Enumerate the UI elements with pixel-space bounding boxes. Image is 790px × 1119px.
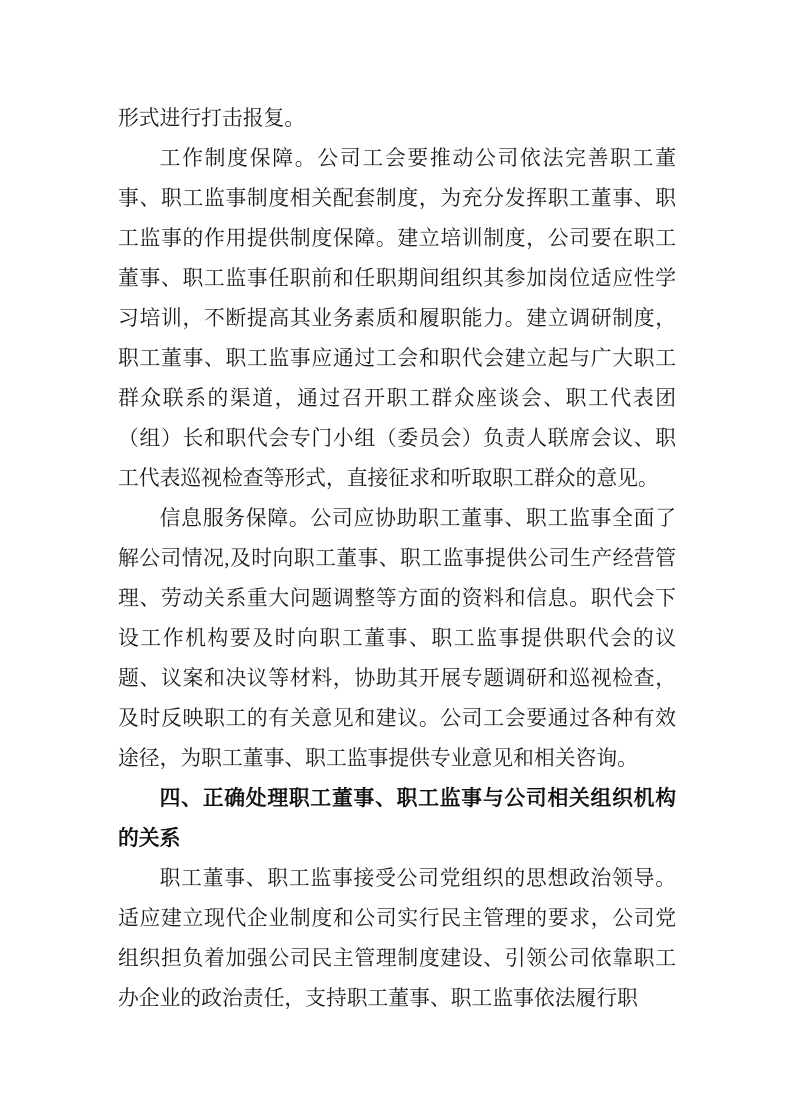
text-line: 事、职工监事制度相关配套制度，为充分发挥职工董事、职 xyxy=(118,179,676,219)
text-line: 工监事的作用提供制度保障。建立培训制度，公司要在职工 xyxy=(118,219,676,259)
text-line: 理、劳动关系重大问题调整等方面的资料和信息。职代会下 xyxy=(118,579,676,619)
text-line: 职工董事、职工监事应通过工会和职代会建立起与广大职工 xyxy=(118,339,676,379)
text-line: 组织担负着加强公司民主管理制度建设、引领公司依靠职工 xyxy=(118,939,676,979)
text-line: 职工董事、职工监事接受公司党组织的思想政治领导。 xyxy=(118,859,676,899)
text-line: 适应建立现代企业制度和公司实行民主管理的要求，公司党 xyxy=(118,899,676,939)
text-line: 途径，为职工董事、职工监事提供专业意见和相关咨询。 xyxy=(118,739,676,779)
text-line: 办企业的政治责任，支持职工董事、职工监事依法履行职责。 xyxy=(118,979,676,1019)
text-line: 设工作机构要及时向职工董事、职工监事提供职代会的议 xyxy=(118,619,676,659)
text-line: 董事、职工监事任职前和任职期间组织其参加岗位适应性学 xyxy=(118,259,676,299)
text-line: 形式进行打击报复。 xyxy=(118,99,676,139)
text-line: 解公司情况,及时向职工董事、职工监事提供公司生产经营管 xyxy=(118,539,676,579)
section-heading: 四、正确处理职工董事、职工监事与公司相关组织机构 的关系 xyxy=(118,779,676,859)
text-line: 及时反映职工的有关意见和建议。公司工会要通过各种有效 xyxy=(118,699,676,739)
paragraph-work-system: 工作制度保障。公司工会要推动公司依法完善职工董 事、职工监事制度相关配套制度，为… xyxy=(118,139,676,499)
text-line: 群众联系的渠道，通过召开职工群众座谈会、职工代表团 xyxy=(118,379,676,419)
paragraph-information-service: 信息服务保障。公司应协助职工董事、职工监事全面了 解公司情况,及时向职工董事、职… xyxy=(118,499,676,779)
paragraph-party-leadership: 职工董事、职工监事接受公司党组织的思想政治领导。 适应建立现代企业制度和公司实行… xyxy=(118,859,676,1019)
text-line: 工作制度保障。公司工会要推动公司依法完善职工董 xyxy=(118,139,676,179)
heading-line: 四、正确处理职工董事、职工监事与公司相关组织机构 xyxy=(118,779,676,819)
text-line: 信息服务保障。公司应协助职工董事、职工监事全面了 xyxy=(118,499,676,539)
text-line: 题、议案和决议等材料，协助其开展专题调研和巡视检查， xyxy=(118,659,676,699)
paragraph-continuation: 形式进行打击报复。 xyxy=(118,99,676,139)
heading-line: 的关系 xyxy=(118,819,676,859)
text-line: 工代表巡视检查等形式，直接征求和听取职工群众的意见。 xyxy=(118,459,676,499)
text-line: （组）长和职代会专门小组（委员会）负责人联席会议、职 xyxy=(118,419,676,459)
document-page: 形式进行打击报复。 工作制度保障。公司工会要推动公司依法完善职工董 事、职工监事… xyxy=(0,0,790,1119)
text-line: 习培训，不断提高其业务素质和履职能力。建立调研制度， xyxy=(118,299,676,339)
text-column: 形式进行打击报复。 工作制度保障。公司工会要推动公司依法完善职工董 事、职工监事… xyxy=(118,99,676,1019)
